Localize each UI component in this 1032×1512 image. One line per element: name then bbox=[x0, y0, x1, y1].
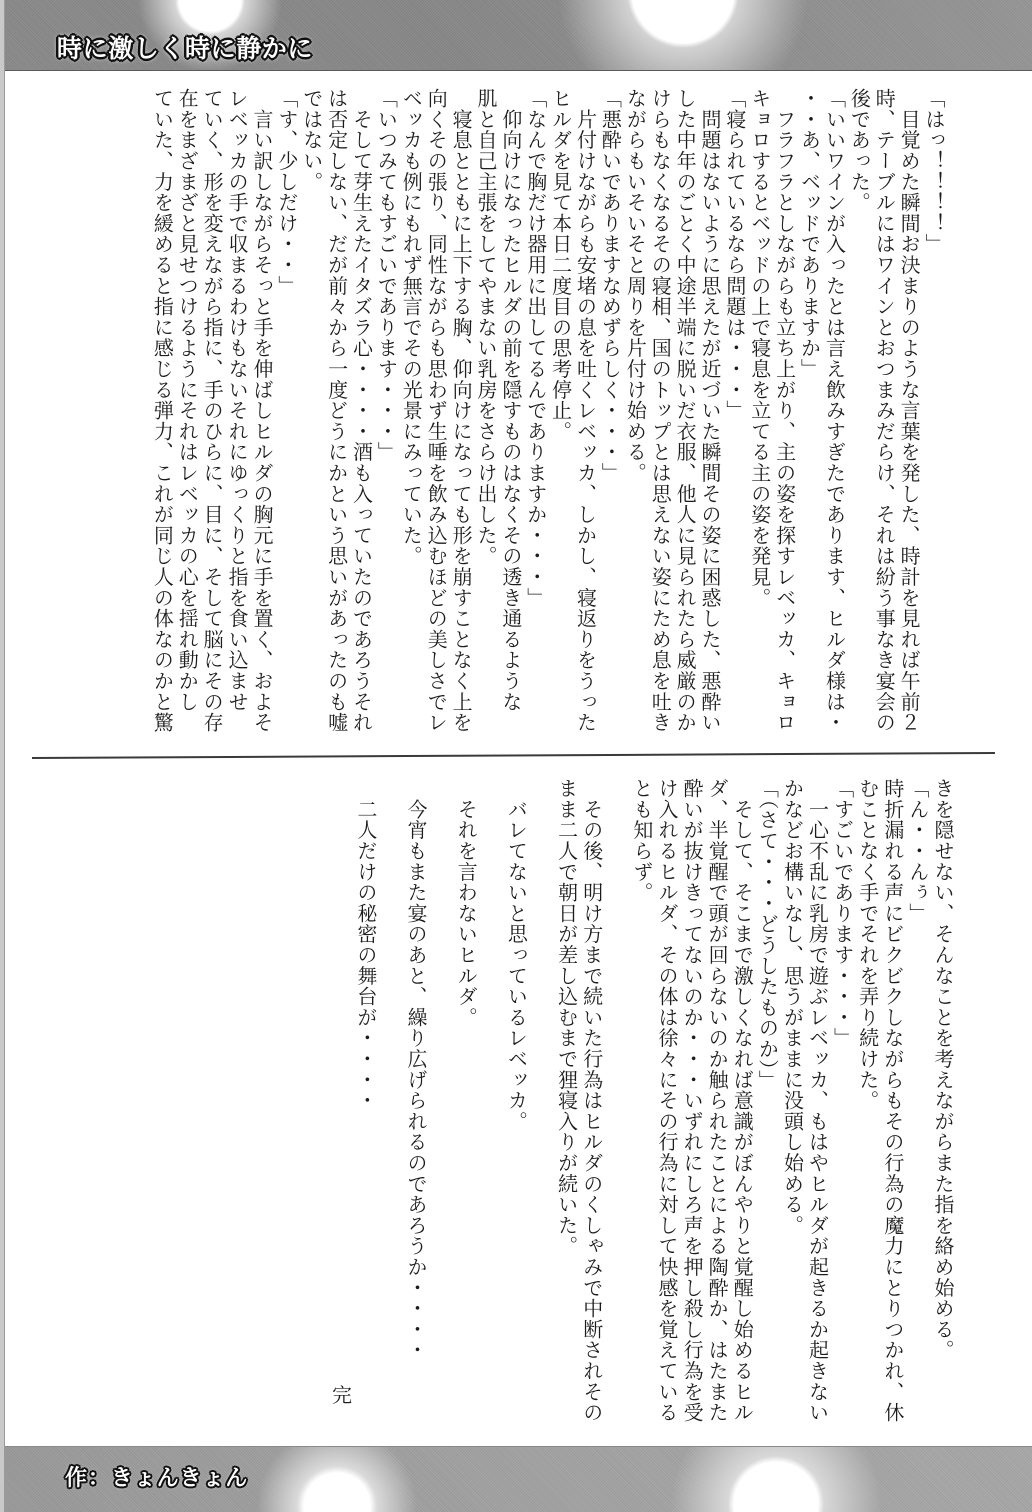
text-column: ていた、力を緩めると指に感じる弾力、これが同じ人の体なのかと驚 bbox=[150, 88, 175, 740]
text-column: は否定しない、だが前々から一度どうにかという思いがあったのも嘘 bbox=[324, 88, 349, 740]
text-column: ていく、形を変えながら指に、手のひらに、目に、そして脳にその存 bbox=[199, 88, 224, 740]
blank-column bbox=[478, 778, 503, 1430]
text-column: 酔いが抜けきってないのか・・・いずれにしろ声を押し殺し行為を受 bbox=[679, 778, 704, 1430]
text-column: 「す、少しだけ・・」 bbox=[274, 88, 299, 740]
text-column: とも知らず。 bbox=[629, 778, 654, 1430]
text-column: 「悪酔いでありますなめずらしく・・・」 bbox=[598, 88, 623, 740]
text-column: ながらもいそいそと周りを片付け始める。 bbox=[622, 88, 647, 740]
text-column: 肌と自己主張をしてやまない乳房をさらけ出した。 bbox=[473, 88, 498, 740]
blank-column bbox=[378, 778, 403, 1430]
text-column: 今宵もまた宴のあと、繰り広げられるのであろうか・・・・ bbox=[403, 778, 428, 1430]
text-column: 「なんで胸だけ器用に出してるんでありますか・・・」 bbox=[523, 88, 548, 740]
text-column: 片付けながらも安堵の息を吐くレベッカ、しかし、寝返りをうった bbox=[573, 88, 598, 740]
header-band: 時に激しく時に静かに bbox=[0, 0, 1032, 71]
text-column: 「はっ！！！！」 bbox=[921, 88, 946, 740]
text-column: 時、テーブルにはワインとおつまみだらけ、それは紛う事なき宴会の bbox=[871, 88, 896, 740]
text-column: 「ん・・んぅ」 bbox=[905, 778, 930, 1430]
text-column: その後、明け方まで続いた行為はヒルダのくしゃみで中断されその bbox=[579, 778, 604, 1430]
text-column: バレてないと思っているレベッカ。 bbox=[503, 778, 528, 1430]
text-column: ではない。 bbox=[299, 88, 324, 740]
text-column: 一心不乱に乳房で遊ぶレベッカ、もはやヒルダが起きるか起きない bbox=[804, 778, 829, 1430]
text-column: け入れるヒルダ、その体は徐々にその行為に対して快感を覚えている bbox=[654, 778, 679, 1430]
story-title: 時に激しく時に静かに bbox=[57, 36, 313, 61]
text-column: 仰向けになったヒルダの前を隠すものはなくその透き通るような bbox=[498, 88, 523, 740]
text-column: 「（さて・・・どうしたものか）」 bbox=[754, 778, 779, 1430]
text-column: 「寝られているなら問題は・・・」 bbox=[722, 88, 747, 740]
text-column: 目覚めた瞬間お決まりのような言葉を発した、時計を見れば午前２ bbox=[896, 88, 921, 740]
text-column: 「いつみてもすごいであります・・・」 bbox=[374, 88, 399, 740]
text-column: 「いいワインが入ったとは言え飲みすぎたであります、ヒルダ様は・ bbox=[822, 88, 847, 740]
footer-band: 作：きょんきょん bbox=[0, 1446, 1032, 1512]
text-column: 時折漏れる声にビクビクしながらもその行為の魔力にとりつかれ、休 bbox=[880, 778, 905, 1430]
text-column: 言い訳しながらそっと手を伸ばしヒルダの胸元に手を置く、およそ bbox=[249, 88, 274, 740]
blank-column bbox=[428, 778, 453, 1430]
blank-column bbox=[528, 778, 553, 1430]
text-column: 寝息とともに上下する胸、仰向けになっても形を崩すことなく上を bbox=[448, 88, 473, 740]
text-column: 「すごいであります・・・」 bbox=[830, 778, 855, 1430]
text-column: むことなく手でそれを弄り続けた。 bbox=[855, 778, 880, 1430]
story-text-lower-block: きを隠せない、そんなことを考えながらまた指を絡め始める。 「ん・・んぅ」 時折漏… bbox=[352, 778, 955, 1433]
text-column: けらもなくなるその寝相、国のトップとは思えない姿にため息を吐き bbox=[647, 88, 672, 740]
end-mark: 完 bbox=[332, 1385, 352, 1405]
novel-page: { "header": { "title": "時に激しく時に静かに" }, "… bbox=[0, 0, 1032, 1512]
text-column: 問題はないように思えたが近づいた瞬間その姿に困惑した、悪酔い bbox=[697, 88, 722, 740]
text-column: した中年のごとく中途半端に脱いだ衣服、他人に見られたら威厳のか bbox=[672, 88, 697, 740]
text-column: キョロするとベッドの上で寝息を立てる主の姿を発見。 bbox=[747, 88, 772, 740]
text-column: それを言わないヒルダ。 bbox=[453, 778, 478, 1430]
section-divider-line bbox=[32, 752, 995, 759]
blank-column bbox=[604, 778, 629, 1430]
text-column: まま二人で朝日が差し込むまで狸寝入りが続いた。 bbox=[554, 778, 579, 1430]
text-column: ヒルダを見て本日二度目の思考停止。 bbox=[548, 88, 573, 740]
text-column: ダ、半覚醒で頭が回らないのか触られたことによる陶酔か、はたまた bbox=[704, 778, 729, 1430]
text-column: ベッカも例にもれず無言でその光景にみっていた。 bbox=[398, 88, 423, 740]
text-column: フラフラとしながらも立ち上がり、主の姿を探すレベッカ、キョロ bbox=[772, 88, 797, 740]
text-column: 二人だけの秘密の舞台が・・・・ bbox=[353, 778, 378, 1430]
author-credit: 作：きょんきょん bbox=[65, 1467, 248, 1489]
text-column: 在をまざまざと見せつけるようにそれはレベッカの心を揺れ動かし bbox=[174, 88, 199, 740]
text-column: きを隠せない、そんなことを考えながらまた指を絡め始める。 bbox=[930, 778, 955, 1430]
text-column: かなどお構いなし、思うがままに没頭し始める。 bbox=[779, 778, 804, 1430]
text-column: ・・あ、ベッドでありますか」 bbox=[797, 88, 822, 740]
text-column: 後であった。 bbox=[846, 88, 871, 740]
text-column: そして芽生えたイタズラ心・・・・酒も入っていたのであろうそれ bbox=[349, 88, 374, 740]
story-text-upper-block: 「はっ！！！！」 目覚めた瞬間お決まりのような言葉を発した、時計を見れば午前２ … bbox=[149, 88, 946, 743]
text-column: レベッカの手で収まるわけもないそれにゆっくりと指を食い込ませ bbox=[224, 88, 249, 740]
page-edge-strip bbox=[0, 0, 5, 1512]
text-column: そして、そこまで激しくなれば意識がぼんやりと覚醒し始めるヒル bbox=[729, 778, 754, 1430]
text-column: 向くその張り、同性ながらも思わず生唾を飲み込むほどの美しさでレ bbox=[423, 88, 448, 740]
